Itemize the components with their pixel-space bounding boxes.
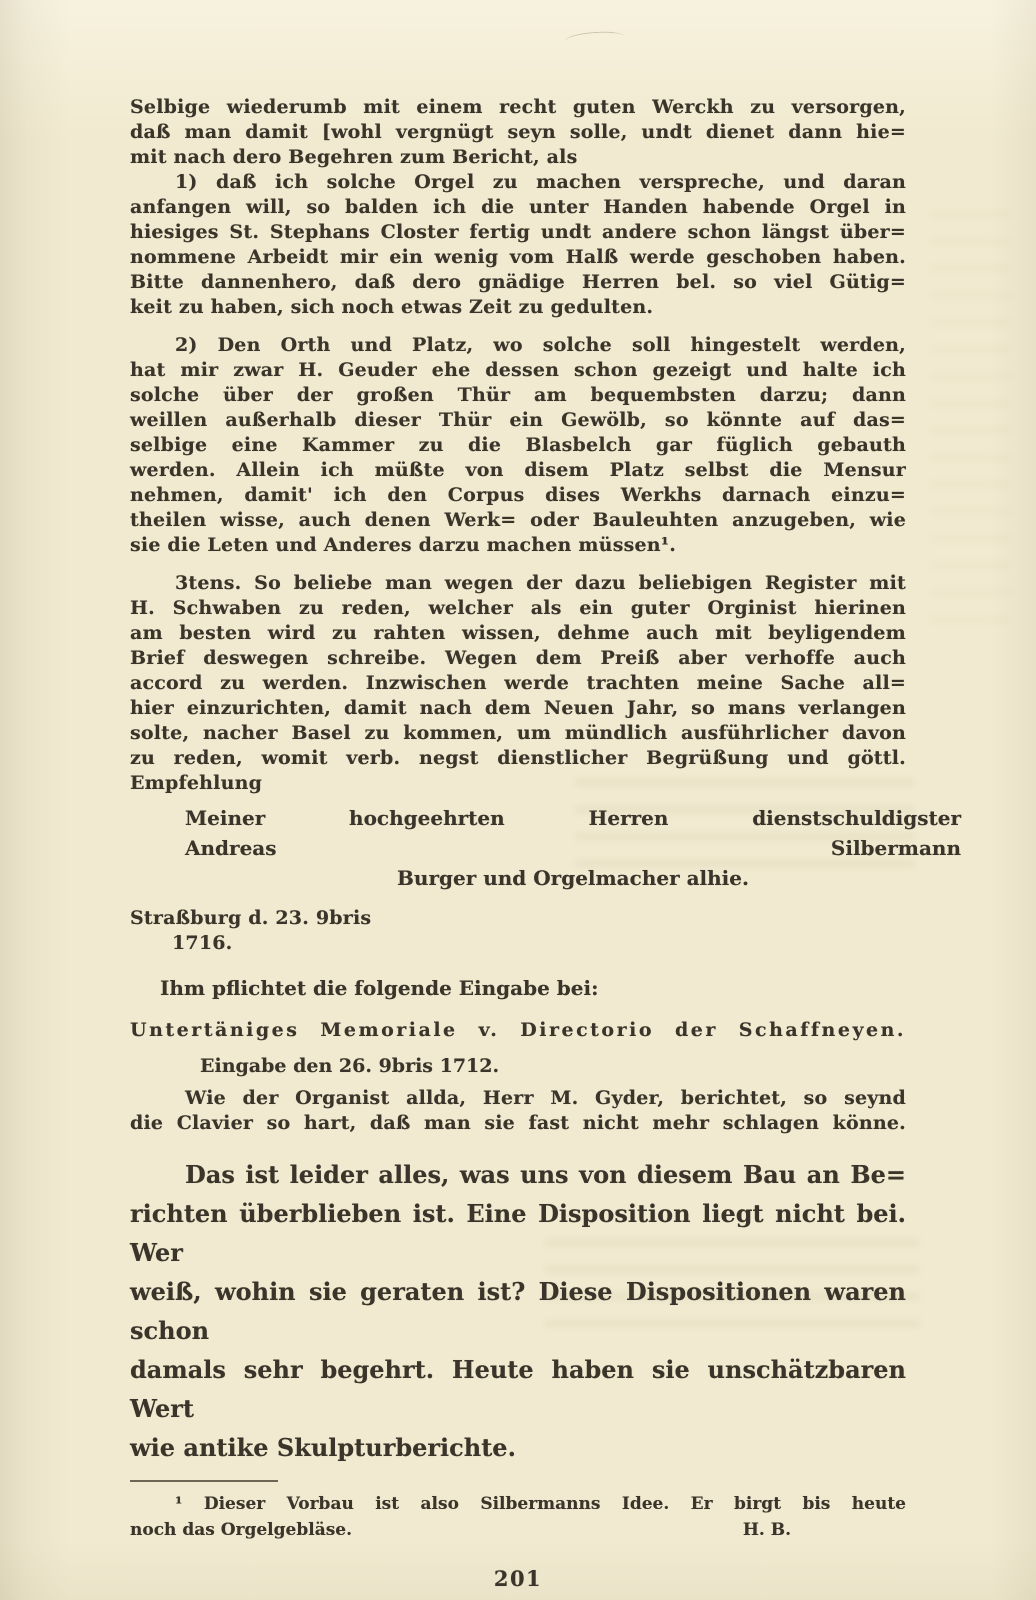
- text-line: 2) Den Orth und Platz, wo solche soll hi…: [130, 333, 906, 358]
- paragraph-intro-continuation: Selbige wiederumb mit einem recht guten …: [130, 95, 906, 170]
- text-line: wie antike Skulpturberichte.: [130, 1428, 906, 1467]
- text-line: hiesiges St. Stephans Closter fertig und…: [130, 220, 906, 245]
- text-line: H. Schwaben zu reden, welcher als ein gu…: [130, 596, 906, 621]
- text-line: theilen wisse, auch denen Werk= oder Bau…: [130, 508, 906, 533]
- text-line: accord zu werden. Inzwischen werde trach…: [130, 671, 906, 696]
- text-line: Empfehlung: [130, 771, 906, 796]
- footnote-divider: [130, 1480, 278, 1482]
- text-line: weillen außerhalb dieser Thür ein Gewölb…: [130, 408, 906, 433]
- text-line: nehmen, damit' ich den Corpus dises Werk…: [130, 483, 906, 508]
- signature-block: Meiner hochgeehrten Herren dienstschuldi…: [185, 803, 961, 893]
- text-line: sie die Leten und Anderes darzu machen m…: [130, 533, 906, 558]
- footnote-line-1: ¹ Dieser Vorbau ist also Silbermanns Ide…: [130, 1491, 906, 1517]
- text-line: am besten wird zu rahten wissen, dehme a…: [130, 621, 906, 646]
- text-line: Burger und Orgelmacher alhie.: [185, 863, 961, 893]
- text-line: solte, nacher Basel zu kommen, um mündli…: [130, 721, 906, 746]
- text-line: anfangen will, so balden ich die unter H…: [130, 195, 906, 220]
- page-number: 201: [130, 1566, 906, 1591]
- text-line: keit zu haben, sich noch etwas Zeit zu g…: [130, 295, 906, 320]
- footnote-author-initials: H. B.: [743, 1517, 791, 1543]
- text-line: hier einzurichten, damit nach dem Neuen …: [130, 696, 906, 721]
- text-line: Selbige wiederumb mit einem recht guten …: [130, 95, 906, 120]
- paragraph-item-3: 3tens. So beliebe man wegen der dazu bel…: [130, 571, 906, 796]
- text-line: daß man damit [wohl vergnügt seyn solle,…: [130, 120, 906, 145]
- text-line: weiß, wohin sie geraten ist? Diese Dispo…: [130, 1272, 906, 1350]
- text-line: 3tens. So beliebe man wegen der dazu bel…: [130, 571, 906, 596]
- text-line: richten überblieben ist. Eine Dispositio…: [130, 1194, 906, 1272]
- text-line: Meiner hochgeehrten Herren dienstschuldi…: [185, 803, 961, 833]
- memoriale-heading: Untertäniges Memoriale v. Directorio der…: [130, 1017, 906, 1043]
- text-line: werden. Allein ich müßte von disem Platz…: [130, 458, 906, 483]
- text-line: Brief deswegen schreibe. Wegen dem Preiß…: [130, 646, 906, 671]
- dateline-block: Straßburg d. 23. 9bris 1716.: [130, 906, 906, 956]
- dateline-year: 1716.: [130, 931, 906, 956]
- text-line: selbige eine Kammer zu die Blasbelch gar…: [130, 433, 906, 458]
- text-line: nommene Arbeidt mir ein wenig vom Halß w…: [130, 245, 906, 270]
- text-line: Das ist leider alles, was uns von diesem…: [130, 1155, 906, 1194]
- text-line: hat mir zwar H. Geuder ehe dessen schon …: [130, 358, 906, 383]
- closing-paragraph: Das ist leider alles, was uns von diesem…: [130, 1155, 906, 1467]
- text-line: die Clavier so hart, daß man sie fast ni…: [130, 1111, 906, 1136]
- text-line: Bitte dannenhero, daß dero gnädige Herre…: [130, 270, 906, 295]
- text-line: solche über der großen Thür am bequembst…: [130, 383, 906, 408]
- footnote-line-2: noch das Orgelgebläse.: [130, 1517, 352, 1543]
- footnote-block: ¹ Dieser Vorbau ist also Silbermanns Ide…: [130, 1491, 906, 1543]
- eingabe-dateline: Eingabe den 26. 9bris 1712.: [130, 1053, 906, 1079]
- dateline-place: Straßburg d. 23. 9bris: [130, 906, 906, 931]
- paragraph-item-2: 2) Den Orth und Platz, wo solche soll hi…: [130, 333, 906, 558]
- text-line: mit nach dero Begehren zum Bericht, als: [130, 145, 906, 170]
- text-line: 1) daß ich solche Orgel zu machen verspr…: [130, 170, 906, 195]
- text-line: damals sehr begehrt. Heute haben sie uns…: [130, 1350, 906, 1428]
- page-text-block: Selbige wiederumb mit einem recht guten …: [130, 95, 906, 1591]
- text-line: Wie der Organist allda, Herr M. Gyder, b…: [130, 1086, 906, 1111]
- paragraph-item-1: 1) daß ich solche Orgel zu machen verspr…: [130, 170, 906, 320]
- text-line: Andreas Silbermann: [185, 833, 961, 863]
- text-line: zu reden, womit verb. negst dienstlicher…: [130, 746, 906, 771]
- memorial-quote-paragraph: Wie der Organist allda, Herr M. Gyder, b…: [130, 1086, 906, 1136]
- lead-in-line: Ihm pflichtet die folgende Eingabe bei:: [130, 975, 906, 1002]
